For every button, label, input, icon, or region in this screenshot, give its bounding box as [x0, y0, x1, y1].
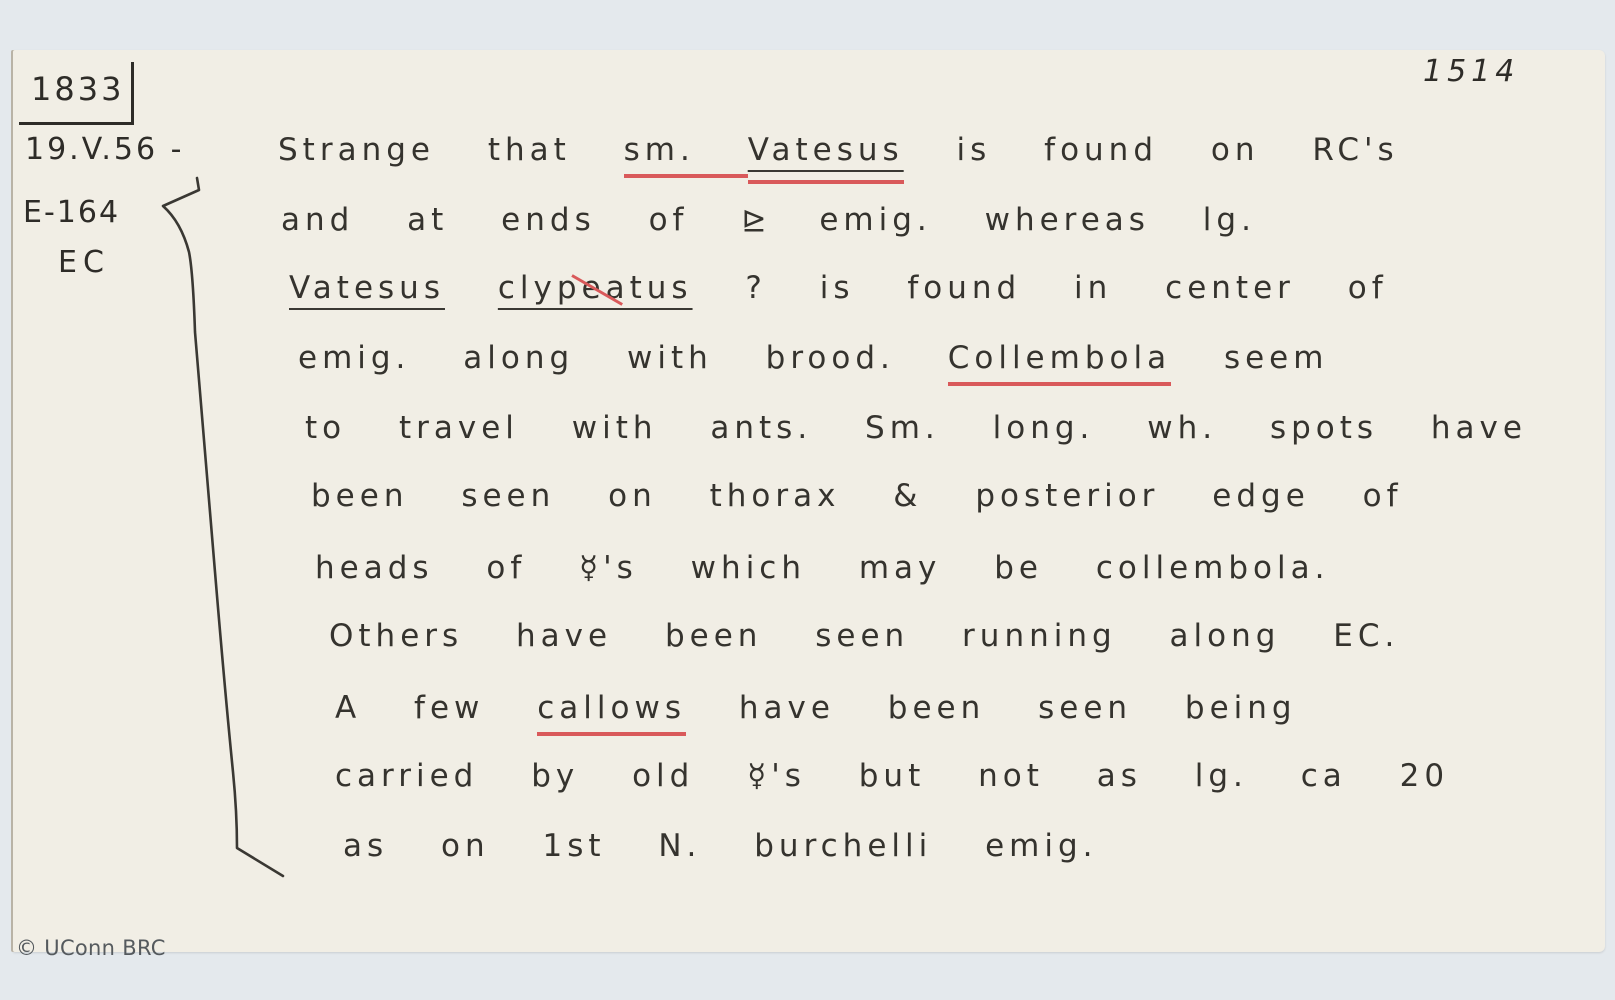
note-line-6: been seen on thorax & posterior edge of [311, 478, 1403, 514]
text-segment-red-underlined: sm. [624, 132, 748, 178]
note-line-7: heads of ☿'s which may be collembola. [315, 550, 1329, 586]
text-segment: to travel with ants. Sm. long. wh. spots… [305, 410, 1527, 446]
text-segment: emig. along with brood. [298, 340, 948, 376]
note-line-1: Strange that sm. Vatesus is found on RC'… [278, 132, 1399, 168]
note-line-8: Others have been seen running along EC. [329, 618, 1399, 654]
observation-date: 19.V.56 - [25, 132, 184, 167]
bracket-line-icon [153, 172, 293, 882]
text-segment: emig. whereas lg. [766, 202, 1255, 238]
species-epithet-struck: clypeatus [498, 270, 693, 306]
note-line-9: A few callows have been seen being [335, 690, 1297, 726]
note-line-2: and at ends of ⊵ emig. whereas lg. [281, 202, 1256, 238]
colony-subcode: EC [58, 245, 110, 280]
note-line-4: emig. along with brood. Collembola seem [298, 340, 1328, 376]
text-segment: seem [1171, 340, 1328, 376]
text-segment: have been seen being [686, 690, 1297, 726]
species-name-vatesus: Vatesus [748, 132, 904, 184]
species-genus: Vatesus [289, 270, 445, 306]
term-callows: callows [537, 690, 686, 736]
note-line-5: to travel with ants. Sm. long. wh. spots… [305, 410, 1527, 446]
copyright-notice: © UConn BRC [16, 936, 166, 960]
note-line-3: Vatesus clypeatus ? is found in center o… [289, 270, 1388, 306]
index-card: 1833 1514 19.V.56 - E-164 EC Strange tha… [13, 50, 1605, 952]
text-segment: Strange that [278, 132, 624, 168]
note-line-10: carried by old ☿'s but not as lg. ca 20 [335, 758, 1449, 794]
colony-code: E-164 [23, 195, 120, 230]
card-number: 1514 [1423, 54, 1519, 89]
text-segment: and at ends of [281, 202, 741, 238]
text-segment: heads of ☿'s which may be collembola. [315, 550, 1329, 586]
text-segment: Others have been seen running along EC. [329, 618, 1399, 654]
text-segment: been seen on thorax & posterior edge of [311, 478, 1403, 514]
text-segment [445, 270, 498, 306]
taxon-collembola: Collembola [948, 340, 1171, 386]
text-segment: as on 1st N. burchelli emig. [343, 828, 1098, 864]
symbol-glyph: ⊵ [741, 203, 766, 238]
note-line-11: as on 1st N. burchelli emig. [343, 828, 1098, 864]
catalog-number: 1833 [31, 70, 124, 108]
catalog-number-box: 1833 [19, 62, 134, 125]
text-segment: carried by old ☿'s but not as lg. ca 20 [335, 758, 1449, 794]
text-segment: ? is found in center of [693, 270, 1388, 306]
text-segment: A few [335, 690, 537, 726]
text-segment: is found on RC's [904, 132, 1399, 168]
